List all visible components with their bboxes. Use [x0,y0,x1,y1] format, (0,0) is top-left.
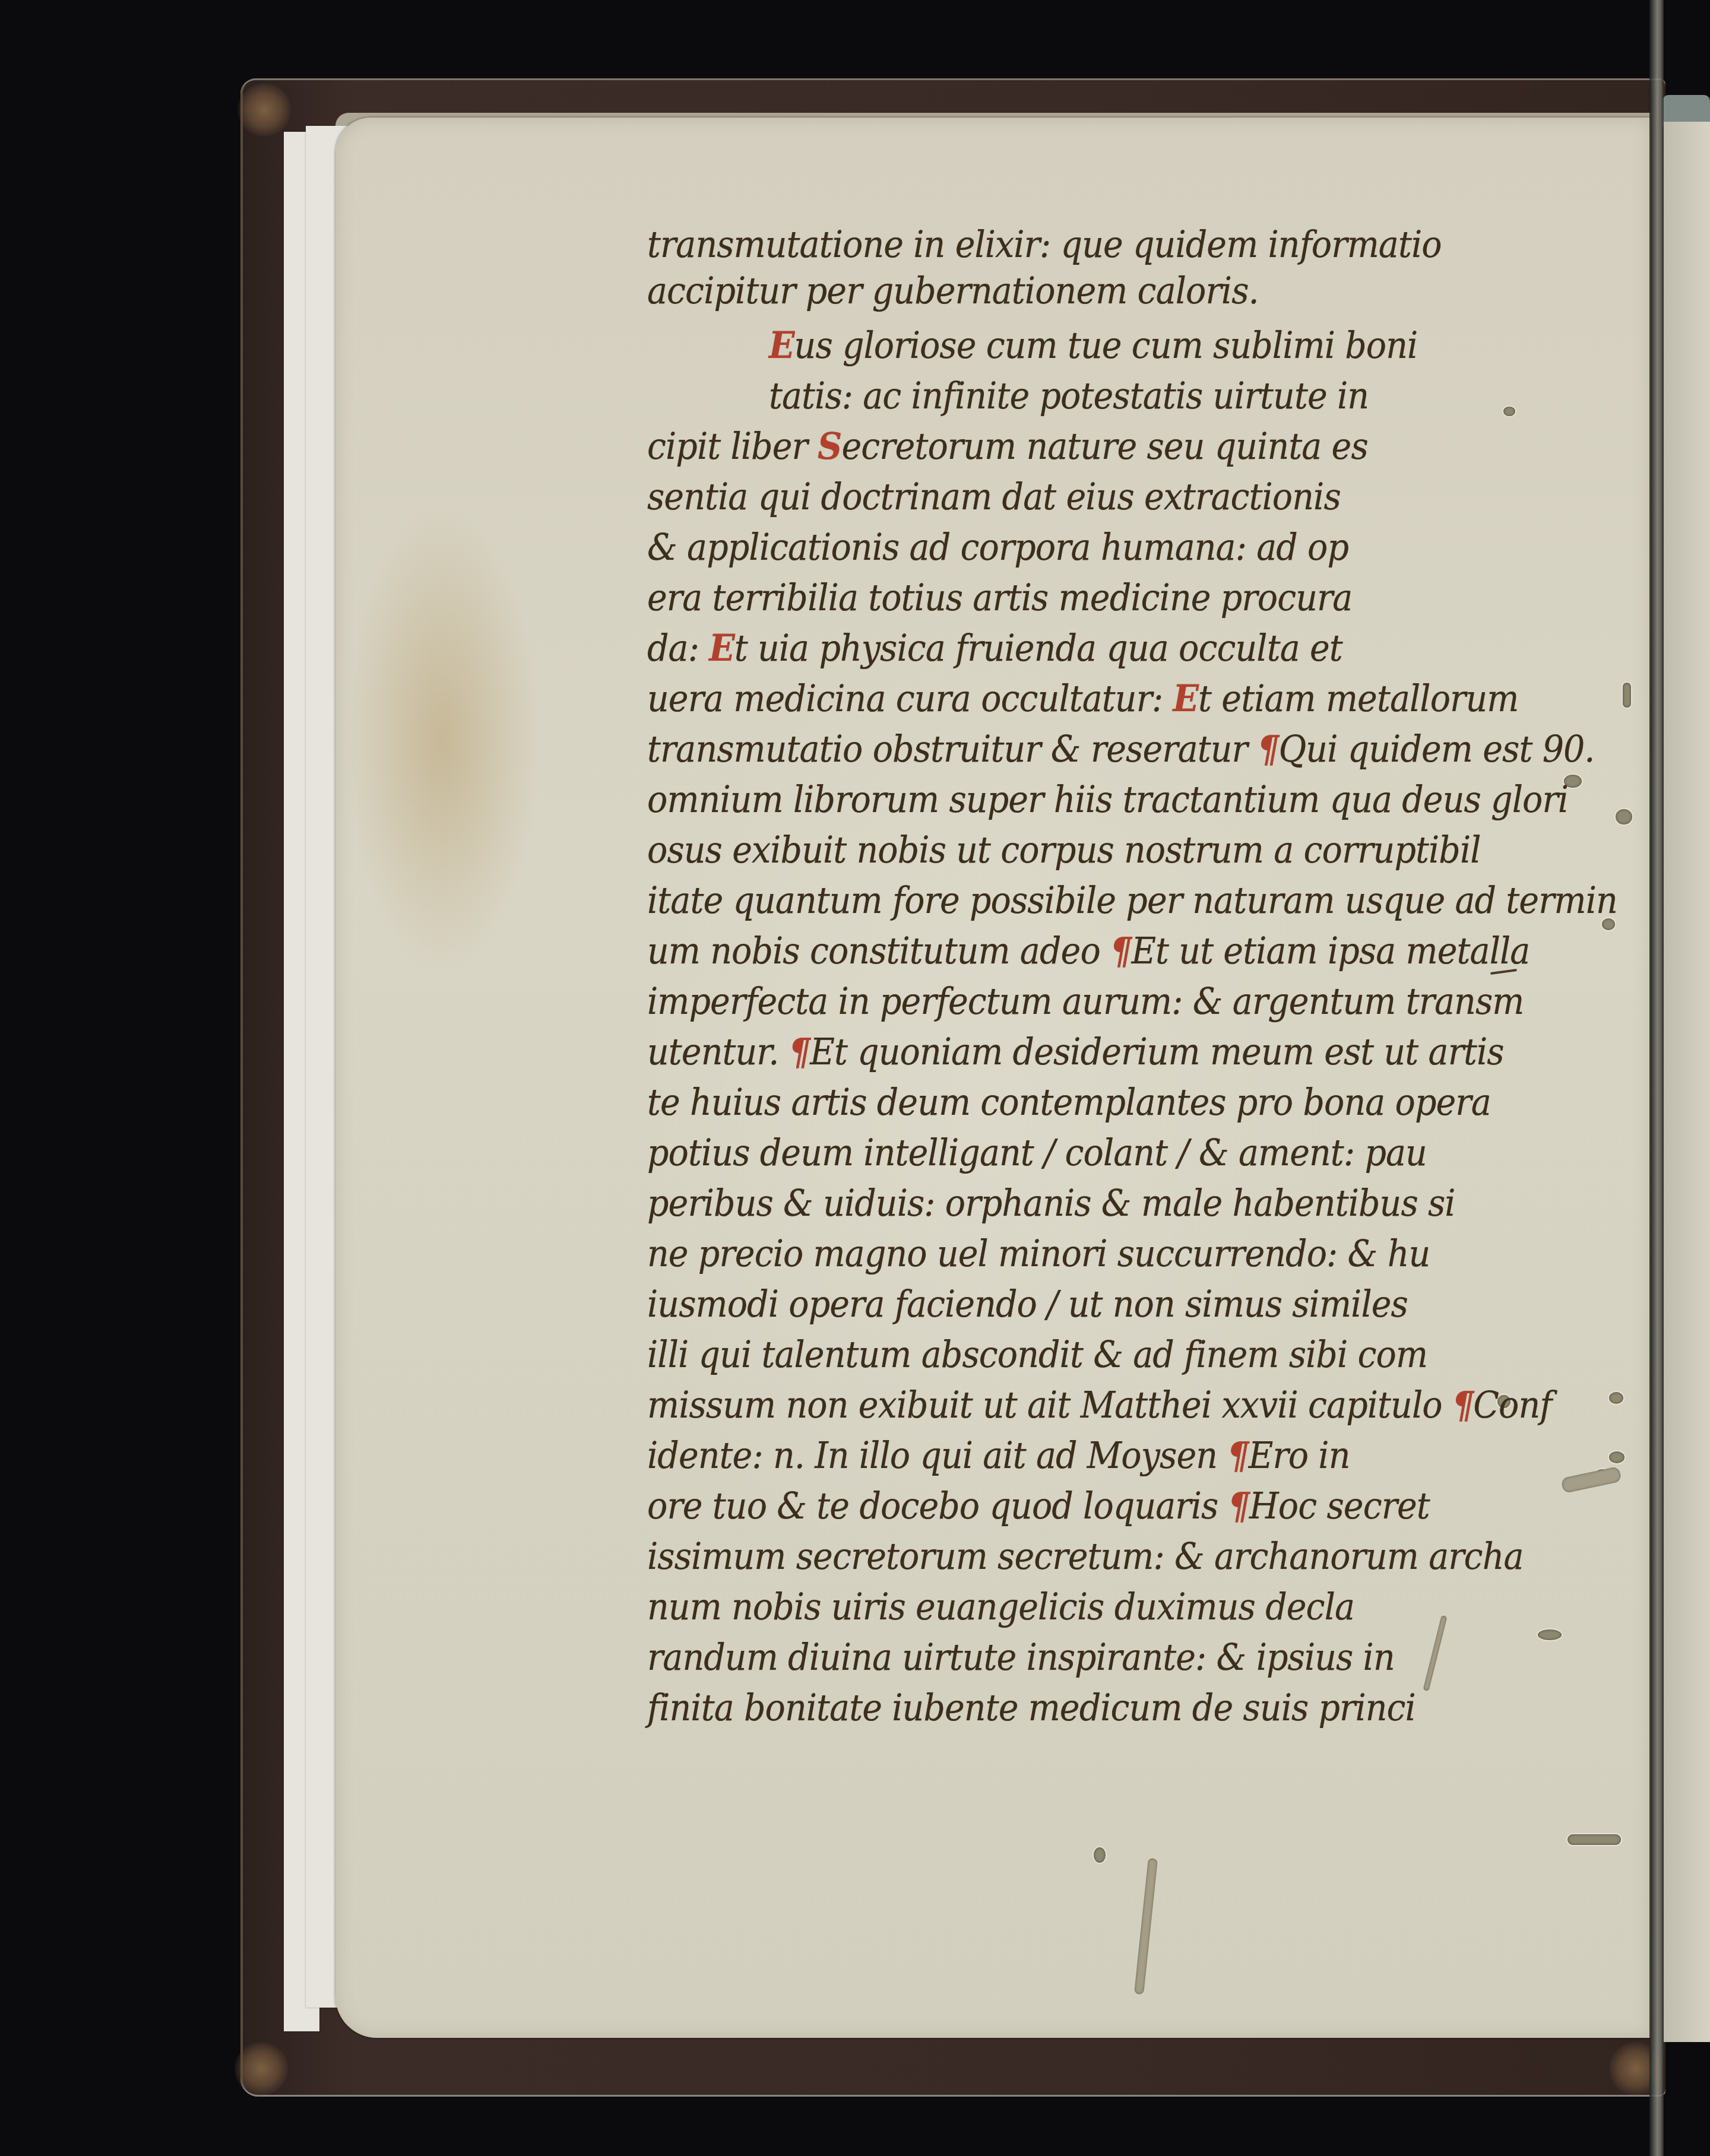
text-line-26: ore tuo & te docebo quod loquaris ¶Hoc s… [647,1484,1430,1527]
pilcrow-rubric: ¶ [1227,1434,1248,1477]
text-line-11: transmutatio obstruitur & reseratur ¶Qui… [647,727,1595,771]
text-line-12: omnium librorum super hiis tractantium q… [647,778,1568,821]
text-line-19: potius deum intelligant / colant / & ame… [647,1131,1427,1174]
text-line-22: iusmodi opera faciendo / ut non simus si… [647,1282,1408,1326]
adjacent-page-edge [1664,122,1710,2042]
pilcrow-rubric: ¶ [1258,727,1278,771]
text-line-3: EEus gloriose cum tue cum sublimi bonius… [769,324,1417,367]
text-line-27: issimum secretorum secretum: & archanoru… [647,1534,1524,1578]
text-line-10: uera medicina cura occultatur: Et etiam … [647,677,1518,720]
cover-wear-top-left [237,83,291,137]
cover-wear-bottom-left [235,2042,288,2095]
worm-hole [1609,1451,1624,1463]
text-line-18: te huius artis deum contemplantes pro bo… [647,1080,1491,1124]
text-line-2: accipitur per gubernationem caloris. [647,269,1259,312]
red-initial: E [769,324,794,367]
text-line-30: finita bonitate iubente medicum de suis … [647,1686,1415,1729]
pilcrow-rubric: ¶ [1452,1383,1473,1426]
text-line-1: transmutatione in elixir: que quidem inf… [647,223,1442,266]
text-line-8: era terribilia totius artis medicine pro… [647,576,1352,619]
text-line-24: missum non exibuit ut ait Matthei xxvii … [647,1383,1551,1426]
text-line-29: randum diuina uirtute inspirante: & ipsi… [647,1635,1395,1679]
rubric-initial: E [1173,677,1199,720]
pilcrow-rubric: ¶ [1228,1484,1249,1527]
pilcrow-rubric: ¶ [789,1030,810,1073]
glass-page-weight [1649,0,1664,2156]
rubric-initial: S [818,424,841,468]
text-line-23: illi qui talentum abscondit & ad finem s… [647,1333,1427,1376]
text-line-9: da: Et uia physica fruienda qua occulta … [647,626,1342,670]
text-line-25: idente: n. In illo qui ait ad Moysen ¶Er… [647,1434,1350,1477]
text-line-28: num nobis uiris euangelicis duximus decl… [647,1585,1354,1628]
worm-hole [1623,683,1631,708]
worm-hole [1616,809,1632,825]
rubric-initial: E [709,626,734,670]
text-line-15: um nobis constitutum adeo ¶Et ut etiam i… [647,929,1529,972]
text-line-16: imperfecta in perfectum aurum: & argentu… [647,979,1524,1023]
text-line-17: utentur. ¶Et quoniam desiderium meum est… [647,1030,1504,1073]
text-line-4: tatis: ac infinite potestatis uirtute in [769,374,1369,417]
text-line-13: osus exibuit nobis ut corpus nostrum a c… [647,828,1481,871]
worm-hole [1094,1847,1106,1863]
worm-hole [1567,1834,1621,1845]
text-line-14: itate quantum fore possibile per naturam… [647,879,1617,922]
text-line-5: cipit liber Secretorum nature seu quinta… [647,424,1368,468]
worm-hole [1538,1629,1562,1640]
text-line-3-rest: us gloriose cum tue cum sublimi boni [794,324,1418,367]
text-line-21: ne precio magno uel minori succurrendo: … [647,1232,1430,1275]
worm-hole [1609,1392,1623,1404]
text-line-20: peribus & uiduis: orphanis & male habent… [647,1181,1455,1225]
pilcrow-rubric: ¶ [1110,929,1131,972]
text-line-6: sentia qui doctrinam dat eius extraction… [647,475,1341,518]
text-line-7: & applicationis ad corpora humana: ad op [647,525,1348,569]
worm-hole [1503,407,1515,416]
